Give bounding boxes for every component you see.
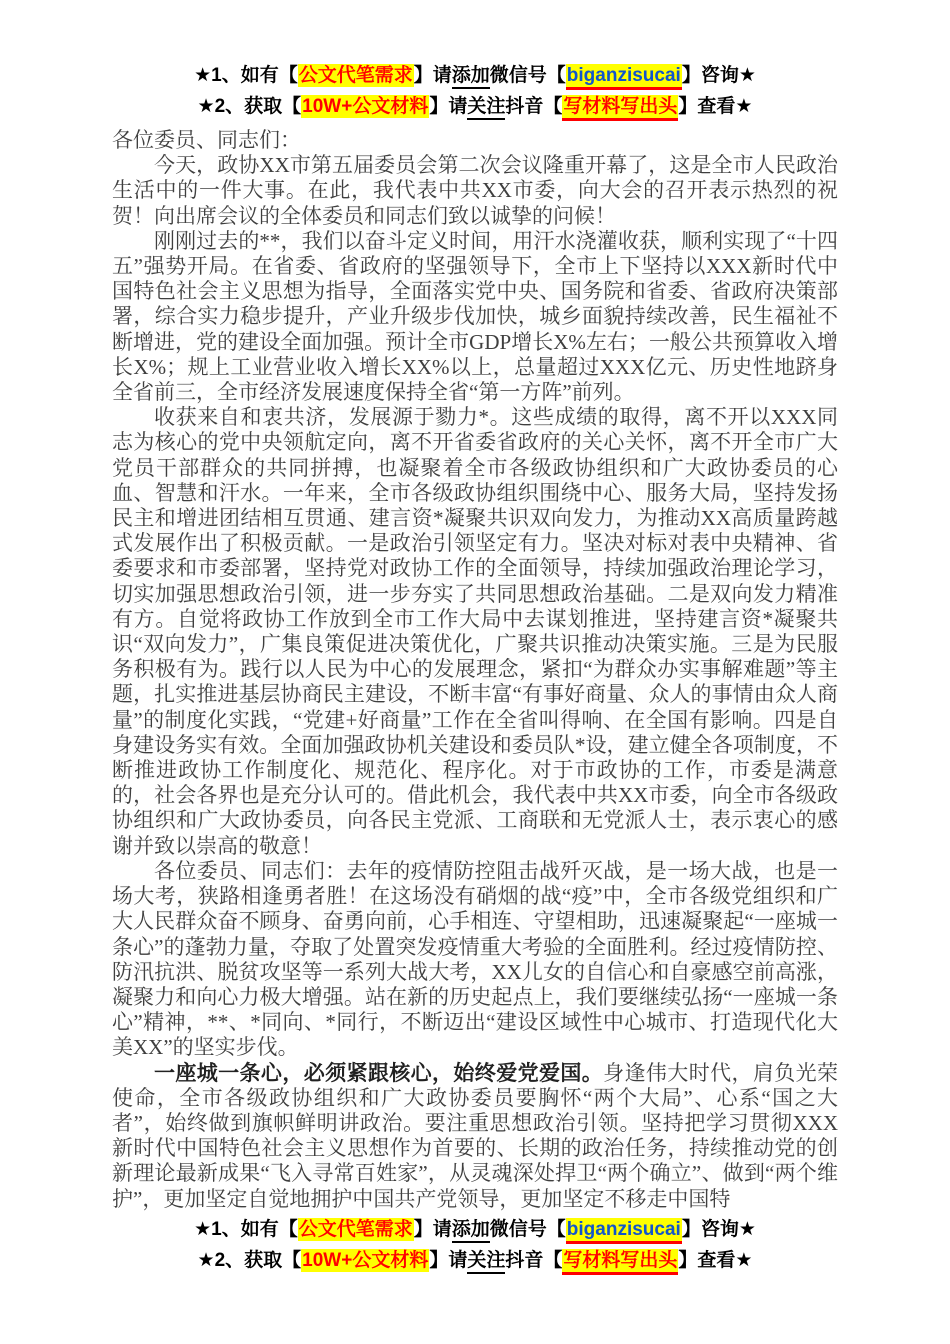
promo-text: 】查看★ [678, 1250, 752, 1271]
promo-text: 】请 [414, 65, 452, 86]
douyin-account-link[interactable]: 写材料写出头 [562, 1249, 678, 1275]
douyin-account-link[interactable]: 写材料写出头 [562, 95, 678, 121]
highlighted-keyword: 10W+公文材料 [301, 1249, 429, 1272]
highlighted-keyword: 10W+公文材料 [301, 95, 429, 118]
promo-text: ★1、如有【 [194, 65, 298, 86]
promo-text: 微信号【 [490, 1219, 566, 1240]
paragraph-core: 一座城一条心，必须紧跟核心，始终爱党爱国。身逢伟大时代，肩负光荣使命，全市各级政… [112, 1061, 838, 1212]
document-body: 各位委员、同志们： 今天，政协XX市第五届委员会第二次会议隆重开幕了，这是全市人… [112, 128, 838, 1214]
promo-text: ★1、如有【 [194, 1219, 298, 1240]
wechat-account-link[interactable]: biganzisucai [566, 64, 682, 90]
promo-line-2: ★2、获取【10W+公文材料】请关注抖音【写材料写出头】查看★ [0, 91, 950, 122]
paragraph-bold-lead: 一座城一条心，必须紧跟核心，始终爱党爱国。 [154, 1061, 603, 1085]
promo-line-1: ★1、如有【公文代笔需求】请添加微信号【biganzisucai】咨询★ [0, 60, 950, 91]
document-page: ★1、如有【公文代笔需求】请添加微信号【biganzisucai】咨询★ ★2、… [0, 0, 950, 1344]
promo-text: 】查看★ [678, 96, 752, 117]
underlined-action-text: 关注 [467, 1250, 505, 1274]
highlighted-keyword: 公文代笔需求 [298, 64, 414, 87]
wechat-account-link[interactable]: biganzisucai [566, 1218, 682, 1244]
promo-text: 微信号【 [490, 65, 566, 86]
promo-banner-top: ★1、如有【公文代笔需求】请添加微信号【biganzisucai】咨询★ ★2、… [0, 60, 950, 122]
promo-text: ★2、获取【 [198, 96, 302, 117]
underlined-action-text: 添加 [452, 1219, 490, 1243]
promo-line-2: ★2、获取【10W+公文材料】请关注抖音【写材料写出头】查看★ [0, 1245, 950, 1276]
paragraph-opening: 今天，政协XX市第五届委员会第二次会议隆重开幕了，这是全市人民政治生活中的一件大… [112, 153, 838, 229]
promo-text: 】请 [414, 1219, 452, 1240]
underlined-action-text: 添加 [452, 65, 490, 89]
promo-text: 】请 [429, 96, 467, 117]
promo-text: 】请 [429, 1250, 467, 1271]
promo-line-1: ★1、如有【公文代笔需求】请添加微信号【biganzisucai】咨询★ [0, 1214, 950, 1245]
promo-banner-bottom: ★1、如有【公文代笔需求】请添加微信号【biganzisucai】咨询★ ★2、… [0, 1214, 950, 1276]
paragraph-achievements: 收获来自和衷共济，发展源于勠力*。这些成绩的取得，离不开以XXX同志为核心的党中… [112, 405, 838, 859]
promo-text: 】咨询★ [682, 1219, 756, 1240]
promo-text: 抖音【 [505, 96, 562, 117]
promo-text: 抖音【 [505, 1250, 562, 1271]
promo-text: 】咨询★ [682, 65, 756, 86]
paragraph-review: 刚刚过去的**，我们以奋斗定义时间，用汗水浇灌收获，顺利实现了“十四五”强势开局… [112, 229, 838, 405]
underlined-action-text: 关注 [467, 96, 505, 120]
paragraph-pandemic: 各位委员、同志们：去年的疫情防控阻击战歼灭战，是一场大战，也是一场大考，狭路相逢… [112, 859, 838, 1061]
salutation: 各位委员、同志们： [112, 128, 838, 153]
highlighted-keyword: 公文代笔需求 [298, 1218, 414, 1241]
promo-text: ★2、获取【 [198, 1250, 302, 1271]
